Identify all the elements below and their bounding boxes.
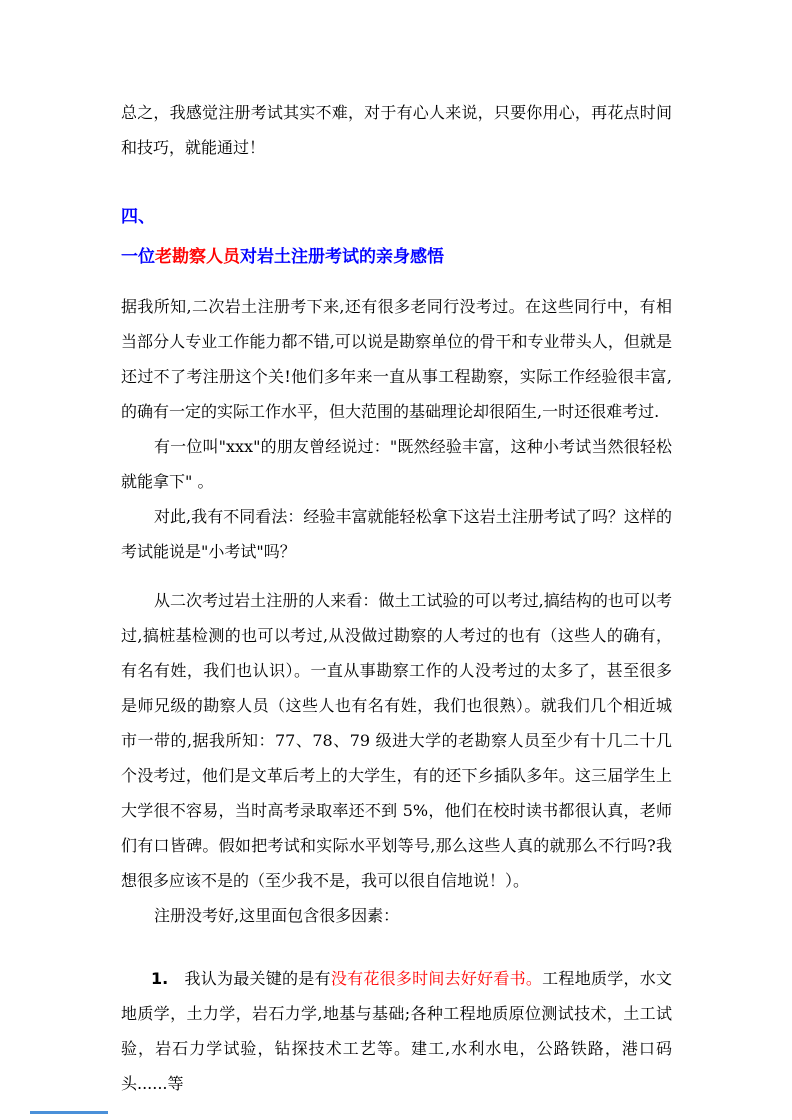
section-title-part-blue-2: 对岩土注册考试的亲身感悟 [240, 247, 444, 267]
section-title-part-blue-1: 一位 [121, 247, 155, 267]
page-bottom-blue-line [30, 1111, 108, 1114]
paragraph-my-opinion: 对此,我有不同看法：经验丰富就能轻松拿下这岩土注册考试了吗？这样的考试能说是"小… [121, 499, 672, 569]
list-item-1-highlight: 没有花很多时间去好好看书。 [331, 969, 542, 988]
document-page: 总之，我感觉注册考试其实不难，对于有心人来说，只要你用心，再花点时间和技巧，就能… [0, 0, 792, 1120]
list-item-1-text-before: 我认为最关键的是有 [184, 969, 331, 988]
section-title-heading: 一位老勘察人员对岩土注册考试的亲身感悟 [121, 243, 672, 271]
list-item-1-number: 1. [151, 969, 168, 988]
section-number-heading: 四、 [121, 203, 672, 231]
paragraph-friend-quote: 有一位叫"xxx"的朋友曾经说过："既然经验丰富，这种小考试当然很轻松就能拿下"… [121, 429, 672, 499]
document-body: 总之，我感觉注册考试其实不难，对于有心人来说，只要你用心，再花点时间和技巧，就能… [121, 95, 672, 1101]
paragraph-pass-examples: 从二次考过岩土注册的人来看：做土工试验的可以考过,搞结构的也可以考过,搞桩基检测… [121, 583, 672, 898]
paragraph-factors-intro: 注册没考好,这里面包含很多因素： [121, 898, 672, 933]
paragraph-old-colleagues: 据我所知,二次岩土注册考下来,还有很多老同行没考过。在这些同行中，有相当部分人专… [121, 289, 672, 429]
intro-paragraph: 总之，我感觉注册考试其实不难，对于有心人来说，只要你用心，再花点时间和技巧，就能… [121, 95, 672, 165]
list-item-1: 1.我认为最关键的是有没有花很多时间去好好看书。工程地质学，水文地质学，土力学，… [121, 961, 672, 1101]
section-title-part-red: 老勘察人员 [155, 247, 240, 267]
